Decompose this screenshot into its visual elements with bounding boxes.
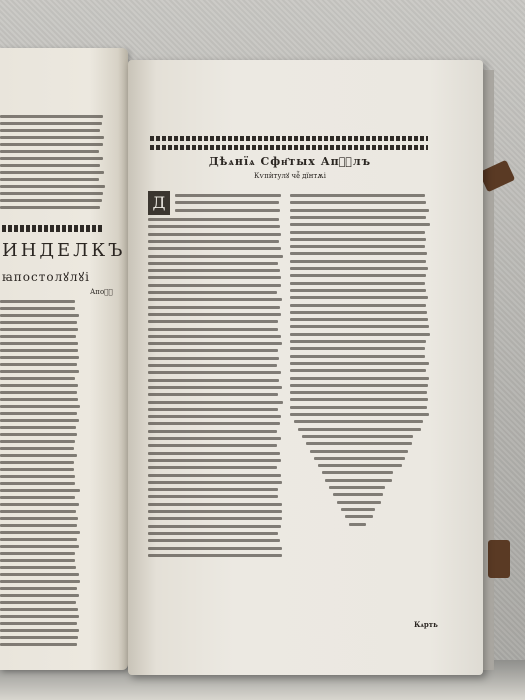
text-line [0, 405, 80, 408]
left-page-heading: ИНДЕЛКЪ [2, 240, 125, 261]
text-line [0, 122, 102, 125]
text-line [302, 435, 413, 438]
text-line [0, 307, 75, 310]
text-line [0, 391, 77, 394]
text-line [290, 245, 425, 248]
text-line [290, 369, 426, 372]
text-line [0, 454, 77, 457]
text-line [0, 185, 105, 188]
text-line [337, 501, 381, 504]
ornament-band-bottom [150, 145, 428, 150]
text-line [0, 594, 79, 597]
text-line [148, 225, 280, 228]
text-line [0, 129, 100, 132]
text-line [0, 314, 79, 317]
text-line [290, 362, 429, 365]
text-line [0, 206, 100, 209]
text-line [298, 428, 421, 431]
text-line [290, 318, 428, 321]
text-line [0, 150, 99, 153]
text-line [0, 321, 77, 324]
text-line [148, 547, 282, 550]
text-line [148, 284, 281, 287]
text-line [0, 384, 78, 387]
text-line [148, 349, 278, 352]
text-line [148, 276, 281, 279]
text-line [306, 442, 412, 445]
text-line [0, 503, 79, 506]
text-line [0, 335, 76, 338]
text-line [0, 115, 103, 118]
text-line [0, 580, 80, 583]
text-line [148, 444, 277, 447]
page-heading: Дѣѧнїѧ Сфн҃тых Апⷭ҇лъ [140, 155, 440, 168]
left-ornament-band [2, 225, 104, 232]
text-line [148, 269, 280, 272]
text-line [0, 157, 103, 160]
text-line [0, 510, 76, 513]
text-line [0, 398, 78, 401]
text-line [0, 643, 77, 646]
text-line [0, 377, 75, 380]
text-line [0, 328, 78, 331]
text-line [318, 464, 402, 467]
catchword: Кѧрть [414, 620, 438, 629]
text-line [0, 143, 103, 146]
text-line [322, 471, 393, 474]
text-line [148, 415, 281, 418]
text-line [0, 178, 99, 181]
text-line [148, 452, 280, 455]
text-line [175, 209, 280, 212]
text-line [290, 252, 427, 255]
text-line [0, 136, 104, 139]
right-page [128, 60, 483, 675]
text-line [0, 426, 76, 429]
text-line [0, 412, 77, 415]
text-line [148, 539, 280, 542]
text-line [0, 531, 80, 534]
text-line [175, 201, 279, 204]
text-line [0, 363, 77, 366]
text-line [148, 422, 280, 425]
text-line [0, 538, 77, 541]
initial-letter: Д [148, 191, 170, 215]
text-line [290, 304, 426, 307]
text-line [290, 231, 425, 234]
text-line [148, 357, 279, 360]
text-line [0, 559, 75, 562]
text-line [290, 333, 430, 336]
left-page [0, 48, 128, 670]
text-line [0, 545, 79, 548]
text-line [290, 267, 428, 270]
text-line [333, 493, 383, 496]
text-line [290, 398, 428, 401]
text-line [290, 355, 425, 358]
text-line [341, 508, 375, 511]
text-line [0, 622, 77, 625]
text-line [0, 573, 79, 576]
text-line [148, 247, 281, 250]
text-line [148, 306, 280, 309]
text-line [148, 379, 279, 382]
text-line [290, 325, 429, 328]
text-line [0, 496, 75, 499]
text-line [0, 566, 76, 569]
text-line [148, 240, 279, 243]
text-line [0, 615, 79, 618]
text-line [290, 223, 430, 226]
text-line [329, 486, 385, 489]
text-line [0, 164, 100, 167]
text-line [290, 274, 426, 277]
text-line [148, 371, 281, 374]
text-line [148, 510, 282, 513]
text-line [148, 313, 281, 316]
text-line [0, 356, 79, 359]
text-line [0, 349, 78, 352]
text-line [0, 370, 79, 373]
text-line [290, 194, 425, 197]
text-line [290, 311, 427, 314]
text-line [290, 377, 429, 380]
text-line [0, 419, 79, 422]
text-line [148, 437, 281, 440]
text-line [148, 386, 282, 389]
text-line [148, 401, 283, 404]
text-line [148, 474, 281, 477]
text-line [290, 201, 426, 204]
text-line [290, 413, 429, 416]
text-line [290, 209, 429, 212]
text-line [349, 523, 366, 526]
text-line [148, 291, 277, 294]
page-subheading: Кѵпѝтулꙋ чеⷧ҇ дїнтѫі [140, 172, 440, 181]
text-line [148, 255, 283, 258]
text-line [148, 364, 277, 367]
ornament-band-top [150, 136, 428, 141]
text-line [290, 406, 427, 409]
text-line [290, 391, 427, 394]
text-line [325, 479, 392, 482]
text-line [148, 517, 282, 520]
text-line [0, 636, 78, 639]
text-line [0, 517, 78, 520]
text-line [148, 335, 281, 338]
text-line [0, 524, 77, 527]
text-line [148, 218, 279, 221]
text-line [290, 260, 426, 263]
text-line [290, 289, 426, 292]
text-line [175, 194, 281, 197]
text-line [290, 282, 425, 285]
text-line [148, 328, 278, 331]
text-line [148, 408, 278, 411]
text-line [0, 601, 76, 604]
text-line [148, 495, 278, 498]
text-line [0, 608, 78, 611]
text-line [0, 433, 77, 436]
text-line [148, 459, 281, 462]
text-line [148, 262, 278, 265]
text-line [0, 489, 80, 492]
text-line [345, 515, 372, 518]
text-line [0, 482, 75, 485]
text-line [0, 552, 75, 555]
text-line [148, 298, 282, 301]
text-line [148, 430, 277, 433]
text-line [0, 199, 102, 202]
text-line [0, 192, 103, 195]
text-line [290, 347, 425, 350]
text-line [148, 488, 278, 491]
text-line [0, 475, 75, 478]
text-line [0, 342, 78, 345]
text-line [148, 554, 282, 557]
text-line [0, 461, 74, 464]
text-line [294, 420, 423, 423]
book-clasp-bottom [488, 540, 510, 578]
text-line [290, 384, 428, 387]
text-line [148, 503, 282, 506]
text-line [0, 171, 104, 174]
text-line [148, 233, 281, 236]
text-line [0, 447, 74, 450]
text-line [148, 342, 282, 345]
text-line [310, 450, 408, 453]
text-line [0, 468, 74, 471]
text-line [148, 481, 282, 484]
text-line [290, 340, 426, 343]
text-line [290, 296, 428, 299]
text-line [0, 440, 75, 443]
text-line [314, 457, 405, 460]
text-line [148, 532, 278, 535]
text-line [0, 300, 75, 303]
text-line [290, 238, 426, 241]
text-line [148, 525, 281, 528]
text-line [148, 466, 277, 469]
left-column-label: Апоⷭ҇ [90, 288, 113, 296]
text-line [148, 393, 278, 396]
text-line [0, 587, 77, 590]
text-line [290, 216, 426, 219]
text-line [148, 320, 278, 323]
text-line [0, 629, 79, 632]
left-page-subheading: ꙗпостолꙋлꙋі [2, 268, 90, 285]
